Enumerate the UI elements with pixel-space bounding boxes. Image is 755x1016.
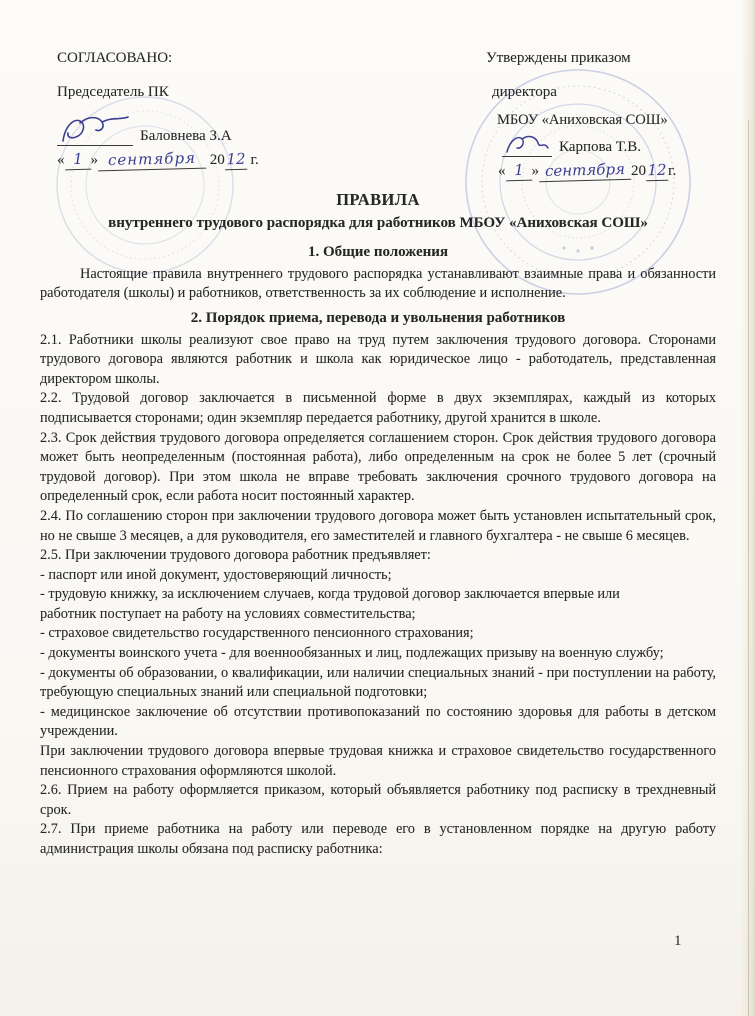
page-number: 1 [674,933,682,950]
signature-line [502,130,552,157]
handwritten-month: сентября [98,148,207,172]
signer-name: Баловнева З.А [140,126,232,146]
handwritten-month: сентября [539,159,632,182]
paragraph: - паспорт или иной документ, удостоверяю… [40,566,716,586]
handwritten-year: 12 [224,149,247,171]
paragraph: При заключении трудового договора впервы… [40,742,716,781]
agreed-label: СОГЛАСОВАНО: [57,48,259,68]
paragraph: работник поступает на работу на условиях… [40,605,716,625]
quote-open: « [57,152,65,168]
paragraph: 2.4. По соглашению сторон при заключении… [40,507,716,546]
approved-label: Утверждены приказом [486,48,676,68]
paragraph: 2.1. Работники школы реализуют свое прав… [40,331,716,390]
approval-right-block: Утверждены приказом директора МБОУ «Аних… [486,48,676,181]
date-line-left: «1»сентября 2012 г. [57,149,259,170]
paragraph: - медицинское заключение об отсутствии п… [40,703,716,742]
paragraph: - страховое свидетельство государственно… [40,624,716,644]
document-page: СОГЛАСОВАНО: Председатель ПК Баловнева З… [0,0,755,1016]
quote-open: « [498,163,506,179]
paragraph: - документы об образовании, о квалификац… [40,664,716,703]
section-heading: 1. Общие положения [40,243,716,263]
approver-subtitle: директора [492,82,676,102]
section-heading: 2. Порядок приема, перевода и увольнения… [40,309,716,329]
approval-left-block: СОГЛАСОВАНО: Председатель ПК Баловнева З… [57,48,259,170]
paragraph: 2.3. Срок действия трудового договора оп… [40,429,716,507]
date-line-right: «1»сентября2012г. [498,160,676,181]
paragraph: - трудовую книжку, за исключением случае… [40,585,716,605]
signature-line [57,111,133,146]
handwritten-year: 12 [646,160,669,182]
document-body: ПРАВИЛА внутреннего трудового распорядка… [40,190,716,860]
approver-role: Председатель ПК [57,82,259,102]
year-suffix: г. [668,163,676,179]
paragraph: 2.5. При заключении трудового договора р… [40,546,716,566]
document-title: ПРАВИЛА [40,190,716,210]
sections: 1. Общие положенияНастоящие правила внут… [40,243,716,859]
paragraph: 2.6. Прием на работу оформляется приказо… [40,781,716,820]
year-suffix: г. [251,152,259,168]
signature-row-left: Баловнева З.А [57,111,259,146]
organization-name: МБОУ «Аниховская СОШ» [497,110,676,130]
paragraph: - документы воинского учета - для военно… [40,644,716,664]
signature-row-right: Карпова Т.В. [502,130,676,157]
paragraph: 2.7. При приеме работника на работу или … [40,820,716,859]
scan-edge-line [748,120,749,1016]
scan-edge-shading [741,0,755,1016]
handwritten-day: 1 [505,160,532,182]
year-printed: 20 [210,152,225,168]
handwritten-signature-icon [57,114,133,148]
handwritten-signature-icon [502,133,552,159]
document-subtitle: внутреннего трудового распорядка для раб… [40,214,716,234]
paragraph: 2.2. Трудовой договор заключается в пись… [40,389,716,428]
year-printed: 20 [631,163,646,179]
signer-name: Карпова Т.В. [559,137,641,157]
paragraph: Настоящие правила внутреннего трудового … [40,265,716,304]
handwritten-day: 1 [64,149,91,171]
